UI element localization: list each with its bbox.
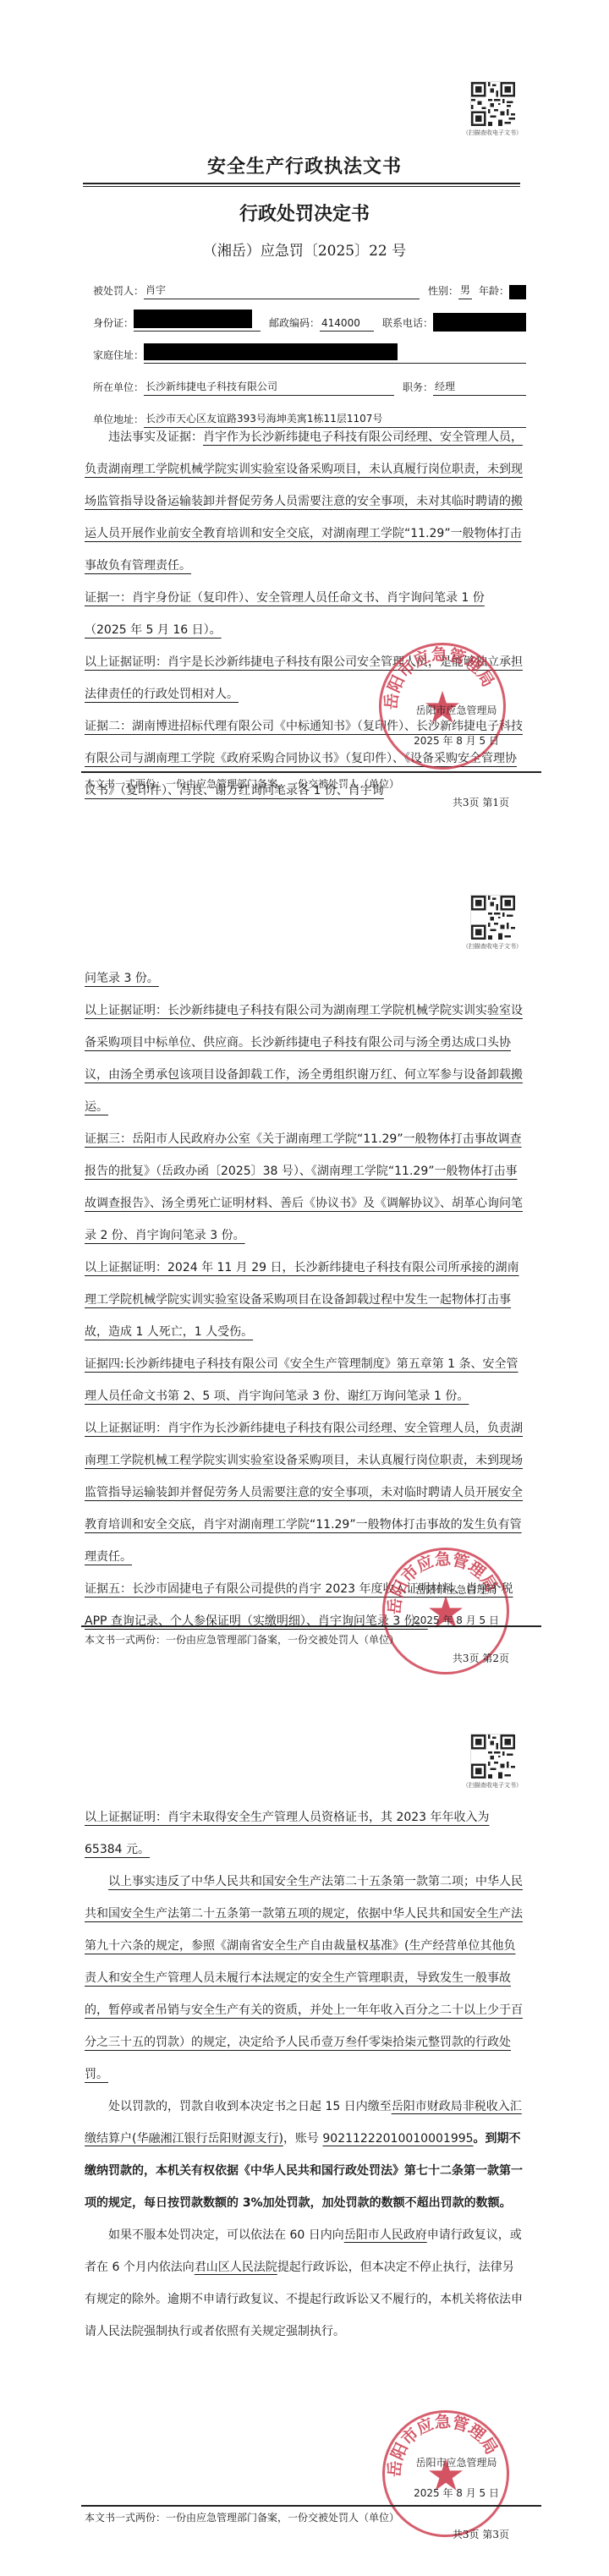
name-label: 被处罚人：	[93, 283, 144, 299]
issuing-authority: 岳阳市应急管理局	[414, 1575, 499, 1605]
phone-redacted	[433, 313, 526, 332]
gender-label: 性别：	[428, 283, 458, 299]
issue-date: 2025 年 8 月 5 日	[414, 2478, 499, 2508]
document-title: 行政处罚决定书	[0, 200, 609, 226]
id-redacted	[134, 310, 252, 328]
employer-label: 所在单位：	[93, 380, 144, 396]
field-row-name: 被处罚人： 肖宇 性别： 男 年龄：	[93, 267, 526, 299]
evidence-3: 证据三：岳阳市人民政府办公室《关于湖南理工学院“11.29”一般物体打击事故调查…	[85, 1123, 524, 1252]
violation-and-penalty: 以上事实违反了中华人民共和国安全生产法第二十五条第一款第二项；中华人民共和国安全…	[85, 1866, 524, 2091]
employer-value: 长沙新纬捷电子科技有限公司	[144, 379, 394, 396]
field-row-address: 家庭住址：	[93, 332, 526, 364]
age-redacted	[509, 285, 526, 299]
issue-date: 2025 年 8 月 5 日	[414, 726, 499, 756]
footer-note: 本文书一式两份：一份由应急管理部门备案，一份交被处罚人（单位）	[85, 2510, 399, 2524]
payment-prefix: 处以罚款的，罚款自收到本决定书之日起 15 日内缴至	[108, 2100, 392, 2113]
document-page-3: （扫描查收电子文书） 以上证据证明：肖宇未取得安全生产管理人员资格证书，其 20…	[0, 1708, 609, 2576]
page-number: 共3页 第1页	[453, 795, 509, 809]
proof-3: 以上证据证明：2024 年 11 月 29 日，长沙新纬捷电子科技有限公司所承接…	[85, 1252, 524, 1348]
age-label: 年龄：	[479, 283, 509, 299]
document-category-title: 安全生产行政执法文书	[0, 152, 609, 178]
qr-code-block: （扫描查收电子文书）	[458, 81, 526, 137]
home-address-value	[144, 343, 526, 364]
gender-value: 男	[458, 282, 472, 299]
footer-note: 本文书一式两份：一份由应急管理部门备案，一份交被处罚人（单位）	[85, 776, 399, 791]
footer-note: 本文书一式两份：一份由应急管理部门备案，一份交被处罚人（单位）	[85, 1632, 399, 1647]
footer-divider	[81, 771, 541, 773]
qr-caption: （扫描查收电子文书）	[458, 1781, 526, 1789]
issuing-authority: 岳阳市应急管理局	[414, 695, 499, 726]
name-value: 肖宇	[144, 282, 420, 299]
qr-code-block: （扫描查收电子文书）	[458, 1734, 526, 1789]
payment-instructions: 处以罚款的，罚款自收到本决定书之日起 15 日内缴至岳阳市财政局非税收入汇缴结算…	[85, 2091, 524, 2219]
id-label: 身份证：	[93, 315, 134, 332]
payment-account-number: 90211222010010001995	[322, 2132, 473, 2146]
party-info-section: 被处罚人： 肖宇 性别： 男 年龄： 身份证： 邮政编码： 414000 联系电…	[93, 267, 526, 428]
issuing-authority: 岳阳市应急管理局	[414, 2447, 499, 2478]
facts-text: 肖宇作为长沙新纬捷电子科技有限公司经理、安全管理人员，负责湖南理工学院机械学院实…	[85, 430, 523, 573]
signoff-block: 岳阳市应急管理局 2025 年 8 月 5 日	[414, 2447, 499, 2508]
document-page-1: （扫描查收电子文书） 安全生产行政执法文书 行政处罚决定书 （湘岳）应急罚〔20…	[0, 0, 609, 846]
appeal-rights: 如果不服本处罚决定，可以依法在 60 日内向岳阳市人民政府申请行政复议，或者在 …	[85, 2219, 524, 2348]
field-row-id: 身份证： 邮政编码： 414000 联系电话：	[93, 299, 526, 332]
title-divider	[83, 183, 520, 187]
proof-2: 以上证据证明：长沙新纬捷电子科技有限公司为湖南理工学院机械学院实训实验室设备采购…	[85, 995, 524, 1123]
document-number: （湘岳）应急罚〔2025〕22 号	[0, 238, 609, 260]
position-value: 经理	[433, 379, 526, 396]
postal-code-value: 414000	[320, 317, 374, 332]
home-address-label: 家庭住址：	[93, 348, 144, 364]
qr-code-icon[interactable]	[470, 81, 514, 125]
page-number: 共3页 第2页	[453, 1651, 509, 1665]
appeal-government: 岳阳市人民政府	[344, 2228, 427, 2242]
page-number: 共3页 第3页	[453, 2527, 509, 2541]
illegal-facts: 违法事实及证据：肖宇作为长沙新纬捷电子科技有限公司经理、安全管理人员，负责湖南理…	[85, 421, 524, 582]
postal-code-label: 邮政编码：	[269, 315, 320, 332]
evidence-2-part-2: 问笔录 3 份。	[85, 962, 524, 995]
evidence-4: 证据四:长沙新纬捷电子科技有限公司《安全生产管理制度》第五章第 1 条、安全管理…	[85, 1348, 524, 1412]
qr-code-icon[interactable]	[470, 1734, 514, 1778]
appeal-prefix: 如果不服本处罚决定，可以依法在 60 日内向	[108, 2228, 344, 2242]
evidence-1: 证据一：肖宇身份证（复印件）、安全管理人员任命文书、肖宇询问笔录 1 份（202…	[85, 582, 524, 646]
home-address-redacted	[144, 343, 398, 360]
facts-and-evidence-p2: 问笔录 3 份。 以上证据证明：长沙新纬捷电子科技有限公司为湖南理工学院机械学院…	[85, 962, 524, 1637]
document-page-2: （扫描查收电子文书） 问笔录 3 份。 以上证据证明：长沙新纬捷电子科技有限公司…	[0, 846, 609, 1708]
payment-account-label: ，账号	[283, 2132, 322, 2146]
signoff-block: 岳阳市应急管理局 2025 年 8 月 5 日	[414, 1575, 499, 1636]
qr-caption: （扫描查收电子文书）	[458, 129, 526, 137]
signoff-block: 岳阳市应急管理局 2025 年 8 月 5 日	[414, 695, 499, 756]
decision-section: 以上证据证明：肖宇未取得安全生产管理人员资格证书，其 2023 年年收入为 65…	[85, 1801, 524, 2348]
facts-label: 违法事实及证据：	[108, 430, 203, 444]
phone-label: 联系电话：	[382, 315, 433, 332]
qr-code-icon[interactable]	[470, 895, 514, 939]
qr-code-block: （扫描查收电子文书）	[458, 895, 526, 951]
appeal-court: 君山区人民法院	[195, 2261, 277, 2274]
proof-5: 以上证据证明：肖宇未取得安全生产管理人员资格证书，其 2023 年年收入为 65…	[85, 1801, 524, 1866]
position-label: 职务：	[403, 380, 433, 396]
id-value	[134, 310, 261, 332]
qr-caption: （扫描查收电子文书）	[458, 942, 526, 951]
field-row-employer: 所在单位： 长沙新纬捷电子科技有限公司 职务： 经理	[93, 364, 526, 396]
issue-date: 2025 年 8 月 5 日	[414, 1605, 499, 1636]
